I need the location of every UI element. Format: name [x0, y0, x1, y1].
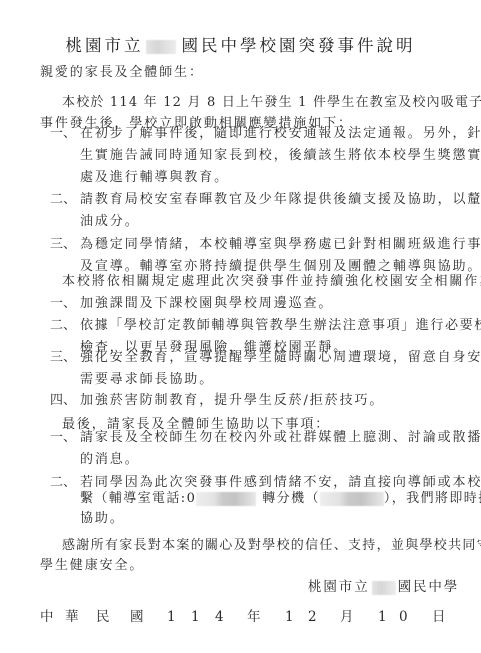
date-char: 華 — [65, 608, 79, 626]
issue-date: 中 華 民 國 1 1 4 年 1 2 月 1 0 日 — [40, 608, 440, 626]
salutation: 親愛的家長及全體師生： — [40, 65, 204, 81]
request-1-line-1: 請家長及全校師生勿在校內外或社群媒體上臆測、討論或散播未經證實 — [80, 430, 481, 446]
request-1-line-2: 的消息。 — [80, 452, 140, 468]
safety-4-number: 四、 — [50, 393, 76, 409]
measure-1-line-2: 生實施告誡同時通知家長到校，後續該生將依本校學生獎懲實施要點懲 — [80, 148, 481, 164]
date-char: 1 — [167, 608, 176, 626]
safety-1-number: 一、 — [50, 296, 76, 312]
measure-1-line-1: 在初步了解事件後，隨即進行校安通報及法定通報。另外，針對該名學 — [80, 126, 481, 142]
redacted-extension — [320, 492, 384, 506]
signature-prefix: 桃園市立 — [308, 579, 370, 595]
date-char: 4 — [215, 608, 224, 626]
date-char: 民 — [96, 608, 110, 626]
title-prefix: 桃園市立 — [66, 36, 144, 55]
measure-3-number: 三、 — [50, 237, 76, 253]
redacted-phone-number — [196, 492, 256, 506]
date-char: 日 — [432, 608, 446, 626]
closing-line-2: 學生健康安全。 — [40, 558, 144, 574]
notice-document: 桃園市立國民中學校園突發事件說明 親愛的家長及全體師生： 本校於 114 年 1… — [0, 0, 481, 653]
measure-2-line-2: 油成分。 — [80, 214, 140, 230]
signature-suffix: 國民中學 — [398, 579, 460, 595]
request-2-line-3: 協助。 — [80, 511, 125, 527]
extension-label: 轉分機（ — [262, 491, 320, 506]
date-char: 國 — [130, 608, 144, 626]
measure-2-line-1: 請教育局校安室春暉教官及少年隊提供後續支援及協助，以釐清電子煙 — [80, 192, 481, 208]
signature: 桃園市立國民中學 — [308, 579, 459, 595]
safety-3-line-1: 強化安全教育，宣導提醒學生隨時關心周遭環境，留意自身安全，並視 — [80, 350, 481, 366]
date-char: 2 — [308, 608, 317, 626]
safety-3-number: 三、 — [50, 350, 76, 366]
measure-2-number: 二、 — [50, 192, 76, 208]
request-1-number: 一、 — [50, 430, 76, 446]
closing-line-1: 感謝所有家長對本案的關心及對學校的信任、支持，並與學校共同守護所有 — [62, 538, 481, 554]
measure-3-line-2: 及宣導。輔導室亦將持續提供學生個別及團體之輔導與協助。 — [80, 259, 481, 275]
safety-2-line-1: 依據「學校訂定教師輔導與管教學生辦法注意事項」進行必要校園安全 — [80, 318, 481, 334]
document-title: 桃園市立國民中學校園突發事件說明 — [0, 36, 481, 56]
date-char: 0 — [399, 608, 408, 626]
date-char: 中 — [40, 608, 54, 626]
date-char: 1 — [378, 608, 387, 626]
title-suffix: 國民中學校園突發事件說明 — [182, 36, 416, 55]
request-2-line-1: 若同學因為此次突發事件感到情緒不安，請直接向導師或本校輔導室聯 — [80, 475, 481, 491]
date-char: 月 — [340, 608, 354, 626]
counseling-phone-label: 繫（輔導室電話:0 — [80, 491, 196, 506]
redacted-school-name-signature — [372, 581, 396, 595]
measure-3-line-1: 為穩定同學情緒，本校輔導室與學務處已針對相關班級進行事件之輔導 — [80, 237, 481, 253]
date-char: 1 — [191, 608, 200, 626]
request-2-number: 二、 — [50, 475, 76, 491]
safety-3-line-2: 需要尋求師長協助。 — [80, 372, 214, 388]
intro-line-1: 本校於 114 年 12 月 8 日上午發生 1 件學生在教室及校內吸電子煙的事… — [62, 95, 481, 111]
safety-1-line-1: 加強課間及下課校園與學校周邊巡查。 — [80, 296, 333, 312]
safety-4-line-1: 加強菸害防制教育，提升學生反菸/拒菸技巧。 — [80, 393, 384, 409]
date-char: 年 — [247, 608, 261, 626]
measure-1-line-3: 處及進行輔導與教育。 — [80, 170, 229, 186]
measure-1-number: 一、 — [50, 126, 76, 142]
redacted-school-name — [146, 40, 176, 54]
safety-2-number: 二、 — [50, 318, 76, 334]
safety-intro: 本校將依相關規定處理此次突發事件並持續強化校園安全相關作為： — [62, 274, 481, 290]
date-char: 1 — [285, 608, 294, 626]
request-2-line-2-end: ），我們將即時提供 — [384, 491, 481, 506]
request-2-line-2: 繫（輔導室電話:0轉分機（），我們將即時提供 — [80, 491, 481, 507]
